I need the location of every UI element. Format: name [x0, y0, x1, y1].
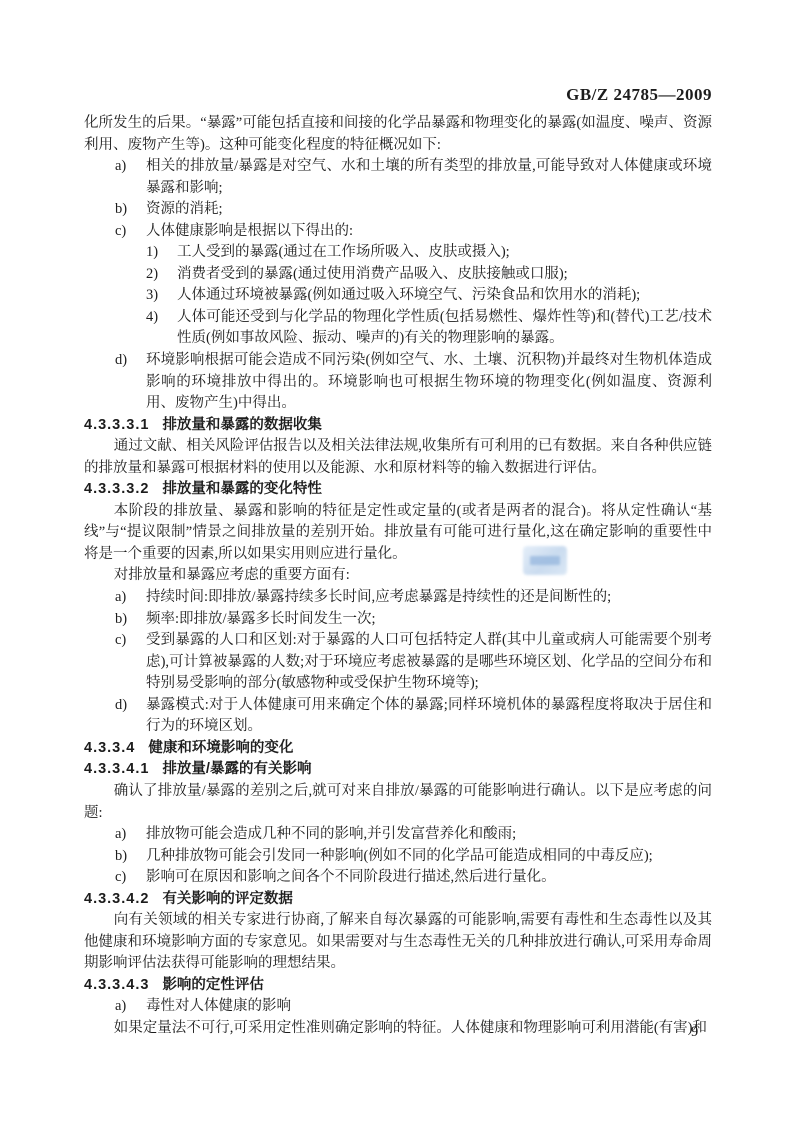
list-item-text: 持续时间:即排放/暴露持续多长时间,应考虑暴露是持续性的还是间断性的; — [146, 589, 611, 605]
list-item-text: 排放物可能会造成几种不同的影响,并引发富营养化和酸雨; — [146, 826, 516, 842]
list-item: a)排放物可能会造成几种不同的影响,并引发富营养化和酸雨; — [146, 824, 712, 846]
section-heading: 4.3.3.4.3影响的定性评估 — [84, 975, 712, 997]
list-marker: 3) — [146, 285, 158, 307]
list-item-text: 受到暴露的人口和区划:对于暴露的人口可包括特定人群(其中儿童或病人可能需要个别考… — [146, 632, 712, 691]
page-number: 9 — [691, 1024, 698, 1041]
list-marker: b) — [115, 846, 127, 868]
list-item: 2)消费者受到的暴露(通过使用消费产品吸入、皮肤接触或口服); — [177, 264, 712, 286]
list-item-text: 人体通过环境被暴露(例如通过吸入环境空气、污染食品和饮用水的消耗); — [177, 287, 640, 303]
paragraph: 对排放量和暴露应考虑的重要方面有: — [84, 565, 712, 587]
section-number: 4.3.3.3.2 — [84, 481, 149, 497]
list-marker: c) — [115, 867, 126, 889]
section-title: 排放量和暴露的数据收集 — [162, 417, 322, 433]
section-title: 健康和环境影响的变化 — [148, 740, 293, 756]
section-heading: 4.3.3.4.1排放量/暴露的有关影响 — [84, 759, 712, 781]
list-item: a)持续时间:即排放/暴露持续多长时间,应考虑暴露是持续性的还是间断性的; — [146, 587, 712, 609]
section-title: 影响的定性评估 — [162, 977, 264, 993]
list-item-text: 影响可在原因和影响之间各个不同阶段进行描述,然后进行量化。 — [146, 869, 556, 885]
list-marker: a) — [115, 824, 126, 846]
list-item: 3)人体通过环境被暴露(例如通过吸入环境空气、污染食品和饮用水的消耗); — [177, 285, 712, 307]
list-marker: 1) — [146, 242, 158, 264]
paragraph: 确认了排放量/暴露的差别之后,就可对来自排放/暴露的可能影响进行确认。以下是应考… — [84, 781, 712, 824]
list-item: 1)工人受到的暴露(通过在工作场所吸入、皮肤或摄入); — [177, 242, 712, 264]
paragraph: 向有关领域的相关专家进行协商,了解来自每次暴露的可能影响,需要有毒性和生态毒性以… — [84, 910, 712, 975]
paragraph: 化所发生的后果。“暴露”可能包括直接和间接的化学品暴露和物理变化的暴露(如温度、… — [84, 113, 712, 156]
list-item-text: 暴露模式:对于人体健康可用来确定个体的暴露;同样环境机体的暴露程度将取决于居住和… — [146, 697, 712, 735]
list-marker: a) — [115, 996, 126, 1018]
paragraph: 通过文献、相关风险评估报告以及相关法律法规,收集所有可利用的已有数据。来自各种供… — [84, 436, 712, 479]
section-number: 4.3.3.4.1 — [84, 761, 149, 777]
section-heading: 4.3.3.4健康和环境影响的变化 — [84, 738, 712, 760]
list-item-text: 相关的排放量/暴露是对空气、水和土壤的所有类型的排放量,可能导致对人体健康或环境… — [146, 158, 712, 196]
list-marker: 4) — [146, 307, 158, 329]
list-item-text: 工人受到的暴露(通过在工作场所吸入、皮肤或摄入); — [177, 244, 510, 260]
list-marker: d) — [115, 350, 127, 372]
section-heading: 4.3.3.3.2排放量和暴露的变化特性 — [84, 479, 712, 501]
section-number: 4.3.3.4.3 — [84, 977, 149, 993]
list-item-text: 人体健康影响是根据以下得出的: — [146, 223, 353, 239]
section-title: 排放量/暴露的有关影响 — [162, 761, 311, 777]
list-item: c)受到暴露的人口和区划:对于暴露的人口可包括特定人群(其中儿童或病人可能需要个… — [146, 630, 712, 695]
paragraph: 如果定量法不可行,可采用定性准则确定影响的特征。人体健康和物理影响可利用潜能(有… — [84, 1018, 712, 1040]
list-marker: c) — [115, 221, 126, 243]
list-item: b)资源的消耗; — [146, 199, 712, 221]
list-marker: b) — [115, 609, 127, 631]
list-item-text: 几种排放物可能会引发同一种影响(例如不同的化学品可能造成相同的中毒反应); — [146, 848, 653, 864]
list-item-text: 环境影响根据可能会造成不同污染(例如空气、水、土壤、沉积物)并最终对生物机体造成… — [146, 352, 712, 411]
watermark-badge — [523, 546, 567, 575]
list-item-text: 频率:即排放/暴露多长时间发生一次; — [146, 611, 376, 627]
list-item: c)人体健康影响是根据以下得出的: — [146, 221, 712, 243]
list-item: b)几种排放物可能会引发同一种影响(例如不同的化学品可能造成相同的中毒反应); — [146, 846, 712, 868]
document-body: 化所发生的后果。“暴露”可能包括直接和间接的化学品暴露和物理变化的暴露(如温度、… — [84, 113, 712, 1040]
list-marker: a) — [115, 587, 126, 609]
list-item-text: 毒性对人体健康的影响 — [146, 998, 291, 1014]
standard-code-header: GB/Z 24785—2009 — [566, 85, 712, 105]
paragraph: 本阶段的排放量、暴露和影响的特征是定性或定量的(或者是两者的混合)。将从定性确认… — [84, 501, 712, 566]
section-title: 有关影响的评定数据 — [162, 891, 293, 907]
list-item-text: 消费者受到的暴露(通过使用消费产品吸入、皮肤接触或口服); — [177, 266, 568, 282]
section-heading: 4.3.3.3.1排放量和暴露的数据收集 — [84, 415, 712, 437]
list-marker: d) — [115, 695, 127, 717]
list-marker: 2) — [146, 264, 158, 286]
list-item: c)影响可在原因和影响之间各个不同阶段进行描述,然后进行量化。 — [146, 867, 712, 889]
section-heading: 4.3.3.4.2有关影响的评定数据 — [84, 889, 712, 911]
list-item: d)环境影响根据可能会造成不同污染(例如空气、水、土壤、沉积物)并最终对生物机体… — [146, 350, 712, 415]
document-page: GB/Z 24785—2009 化所发生的后果。“暴露”可能包括直接和间接的化学… — [0, 0, 794, 1123]
list-item: d)暴露模式:对于人体健康可用来确定个体的暴露;同样环境机体的暴露程度将取决于居… — [146, 695, 712, 738]
list-item: b)频率:即排放/暴露多长时间发生一次; — [146, 609, 712, 631]
list-item: a)毒性对人体健康的影响 — [146, 996, 712, 1018]
section-number: 4.3.3.3.1 — [84, 417, 149, 433]
list-marker: a) — [115, 156, 126, 178]
section-title: 排放量和暴露的变化特性 — [162, 481, 322, 497]
list-item-text: 人体可能还受到与化学品的物理化学性质(包括易燃性、爆炸性等)和(替代)工艺/技术… — [177, 309, 712, 347]
list-item: a)相关的排放量/暴露是对空气、水和土壤的所有类型的排放量,可能导致对人体健康或… — [146, 156, 712, 199]
list-marker: c) — [115, 630, 126, 652]
section-number: 4.3.3.4 — [84, 740, 135, 756]
list-item: 4)人体可能还受到与化学品的物理化学性质(包括易燃性、爆炸性等)和(替代)工艺/… — [177, 307, 712, 350]
list-item-text: 资源的消耗; — [146, 201, 223, 217]
list-marker: b) — [115, 199, 127, 221]
section-number: 4.3.3.4.2 — [84, 891, 149, 907]
